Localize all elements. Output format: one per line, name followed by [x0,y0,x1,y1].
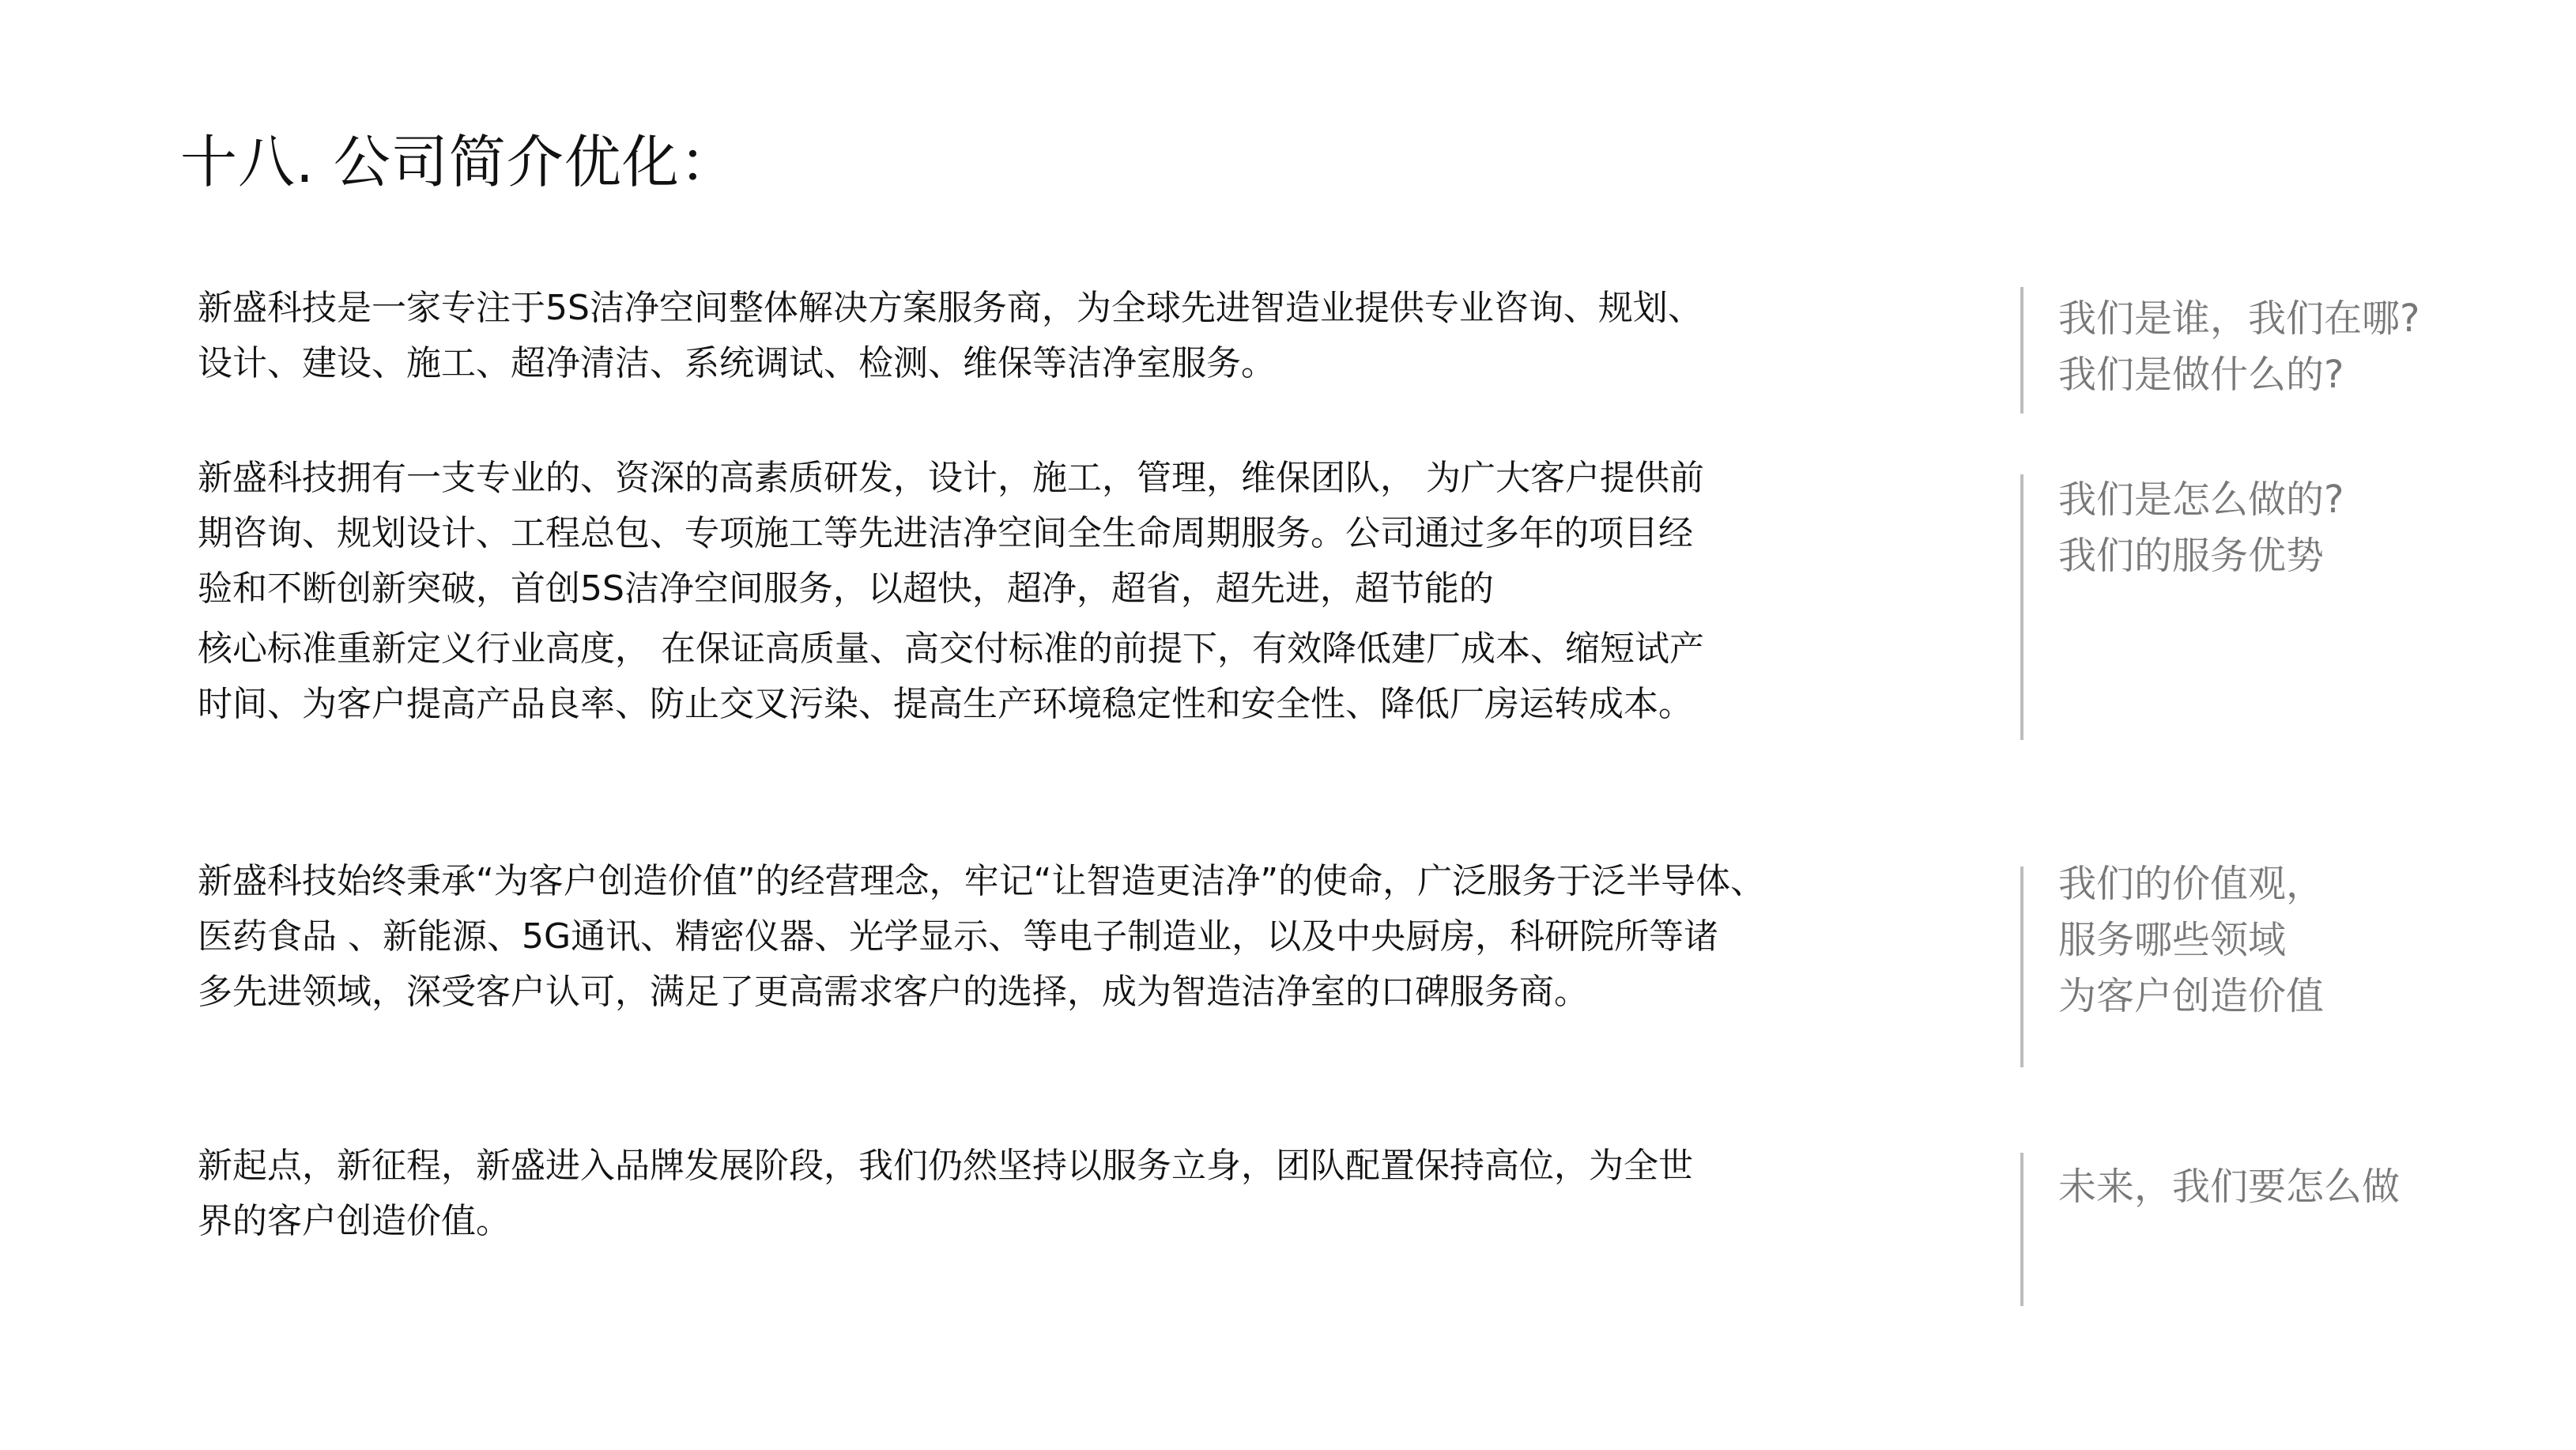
divider-line [2020,1153,2023,1306]
note-line: 服务哪些领域 [2058,912,2324,969]
paragraph-line: 多先进领域，深受客户认可，满足了更高需求客户的选择，成为智造洁净室的口碑服务商。 [198,965,1858,1020]
divider-line [2020,474,2023,740]
paragraph-service-advantage: 新盛科技拥有一支专业的、资深的高素质研发，设计，施工，管理，维保团队， 为广大客… [198,451,1858,732]
divider-line [2020,867,2023,1067]
paragraph-future: 新起点，新征程，新盛进入品牌发展阶段，我们仍然坚持以服务立身，团队配置保持高位，… [198,1138,1858,1249]
note-line: 为客户创造价值 [2058,969,2324,1025]
paragraph-line: 验和不断创新突破，首创5S洁净空间服务，以超快，超净，超省，超先进，超节能的 [198,561,1858,617]
paragraph-line: 新盛科技是一家专注于5S洁净空间整体解决方案服务商，为全球先进智造业提供专业咨询… [198,281,1858,336]
paragraph-line: 设计、建设、施工、超净清洁、系统调试、检测、维保等洁净室服务。 [198,336,1858,391]
note-values-fields: 我们的价值观， 服务哪些领域 为客户创造价值 [2058,856,2324,1025]
note-how-advantage: 我们是怎么做的? 我们的服务优势 [2058,472,2344,584]
note-line: 我们的价值观， [2058,856,2324,912]
paragraph-line: 核心标准重新定义行业高度， 在保证高质量、高交付标准的前提下，有效降低建厂成本、… [198,621,1858,677]
paragraph-line: 界的客户创造价值。 [198,1194,1858,1249]
divider-line [2020,287,2023,413]
paragraph-values-fields: 新盛科技始终秉承“为客户创造价值”的经营理念，牢记“让智造更洁净”的使命，广泛服… [198,854,1858,1020]
note-line: 我们是谁，我们在哪? [2058,291,2419,347]
note-future: 未来，我们要怎么做 [2058,1159,2400,1215]
note-line: 未来，我们要怎么做 [2058,1159,2400,1215]
paragraph-line: 新盛科技拥有一支专业的、资深的高素质研发，设计，施工，管理，维保团队， 为广大客… [198,451,1858,506]
paragraph-line: 新盛科技始终秉承“为客户创造价值”的经营理念，牢记“让智造更洁净”的使命，广泛服… [198,854,1858,909]
note-line: 我们是做什么的? [2058,347,2419,403]
paragraph-company-intro: 新盛科技是一家专注于5S洁净空间整体解决方案服务商，为全球先进智造业提供专业咨询… [198,281,1858,391]
paragraph-line: 期咨询、规划设计、工程总包、专项施工等先进洁净空间全生命周期服务。公司通过多年的… [198,506,1858,561]
note-line: 我们的服务优势 [2058,528,2344,584]
note-who-where: 我们是谁，我们在哪? 我们是做什么的? [2058,291,2419,403]
note-line: 我们是怎么做的? [2058,472,2344,528]
paragraph-line: 时间、为客户提高产品良率、防止交叉污染、提高生产环境稳定性和安全性、降低厂房运转… [198,677,1858,732]
page-title: 十八. 公司简介优化： [180,119,737,206]
paragraph-line: 新起点，新征程，新盛进入品牌发展阶段，我们仍然坚持以服务立身，团队配置保持高位，… [198,1138,1858,1194]
paragraph-line: 医药食品 、新能源、5G通讯、精密仪器、光学显示、等电子制造业，以及中央厨房，科… [198,909,1858,965]
